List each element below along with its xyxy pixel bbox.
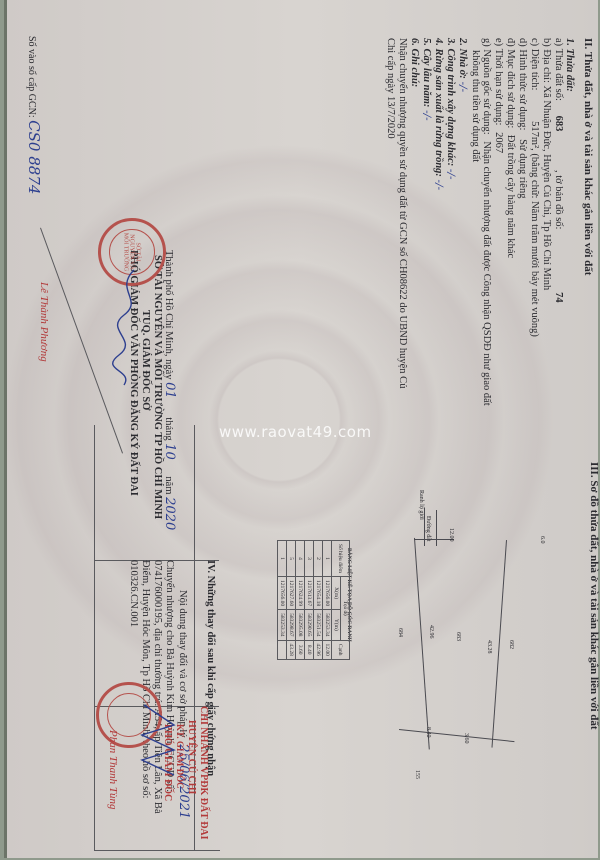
house-value: -/-	[457, 82, 469, 93]
table-cell: 4	[296, 541, 305, 577]
sub-header: Y(m)	[332, 610, 341, 640]
change-entry-line: 010326.CN.001	[128, 560, 139, 627]
form-label: d) Hình thức sử dụng:	[517, 38, 528, 130]
origin-value-cont: không thu tiền sử dụng đất	[469, 50, 482, 162]
certificate-page: II. Thửa đất, nhà ở và tài sản khác gắn …	[4, 0, 598, 858]
table-cell: 1	[278, 541, 287, 577]
table-row: 51217627.60583298.6743.28	[287, 541, 296, 660]
date-prefix: Thành phố Hồ Chí Minh, ngày	[163, 250, 174, 380]
table-cell: 2	[314, 541, 323, 577]
table-row: 21217654.18583251.5442.96	[314, 541, 323, 660]
page-edge	[4, 0, 7, 858]
col-header: Số hiệu điểm	[332, 541, 350, 577]
parcel-row: a) Thửa đất số: 683 , tờ bản đồ số: 74	[552, 38, 565, 303]
parcel-label: a) Thửa đất số:	[553, 38, 564, 101]
address-label: b) Địa chỉ:	[541, 38, 552, 83]
table-cell: 12.00	[323, 640, 332, 659]
table-cell	[278, 640, 287, 659]
house-row: 2. Nhà ở: -/-	[456, 38, 469, 92]
parcel-label: 683	[455, 632, 461, 641]
perennial-row: 5. Cây lâu năm: -/-	[420, 38, 433, 121]
table-cell: 1217624.99	[296, 577, 305, 610]
perennial-label: 5. Cây lâu năm:	[421, 38, 432, 107]
term-label: e) Thời hạn sử dụng:	[493, 38, 504, 125]
table-cell: 8.40	[305, 640, 314, 659]
table-cell: 583251.54	[314, 610, 323, 640]
road-edge	[436, 510, 437, 546]
table-cell: 1217656.00	[278, 577, 287, 610]
section-iii-title: III. Sơ đồ thửa đất, nhà ở và tài sản kh…	[588, 462, 600, 730]
house-label: 2. Nhà ở:	[457, 38, 468, 79]
edge-label: 43.28	[486, 640, 492, 654]
table-cell: 3	[305, 541, 314, 577]
col-header: Tọa độ	[341, 577, 350, 641]
term-value: 2067	[493, 132, 504, 153]
branch-signature	[134, 700, 184, 790]
map-label: , tờ bản đồ số:	[553, 170, 564, 230]
table-cell: 5	[287, 541, 296, 577]
col-header: Cạnh	[332, 640, 350, 659]
forest-row: 4. Rừng sản xuất là rừng trồng: -/-	[432, 38, 445, 190]
signature-scribble	[94, 260, 154, 390]
origin-label: g) Nguồn gốc sử dụng:	[481, 38, 492, 135]
section-ii-title: II. Thửa đất, nhà ở và tài sản khác gắn …	[582, 38, 594, 275]
registry-number-row: Số vào sổ cấp GCN: CS0 8874	[25, 36, 40, 194]
branch-signer-name: Phan Thanh Tùng	[107, 730, 119, 809]
table-cell: 583290.65	[305, 610, 314, 640]
coord-table: Số hiệu điểmTọa độCạnhX(m)Y(m)11217656.0…	[277, 540, 350, 660]
parcel-side-right	[491, 540, 507, 748]
table-cell: 583298.67	[287, 610, 296, 640]
purpose-row: đ) Mục đích sử dụng: Đất trồng cây hàng …	[504, 38, 517, 258]
table-cell: 42.96	[314, 640, 323, 659]
parcel-value: 683	[553, 116, 564, 132]
purpose-value: Đất trồng cây hàng năm khác	[505, 135, 516, 258]
branch-stamp-line: CHI NHÁNH VPĐK ĐẤT ĐAI	[198, 706, 209, 840]
notes-line-1: Nhận chuyển nhượng quyền sử dụng đất từ …	[396, 38, 409, 388]
address-row: b) Địa chỉ: Xã Nhuận Đức, Huyện Củ Chi, …	[540, 38, 553, 290]
parcel-label: 682	[508, 640, 514, 649]
table-cell: 1217654.18	[314, 577, 323, 610]
perennial-value: -/-	[421, 110, 433, 121]
table-cell: 583295.08	[296, 610, 305, 640]
area-label: c) Diện tích:	[529, 38, 540, 90]
form-value: Sử dụng riêng	[517, 139, 528, 198]
change-entry-last: 010326.CN.001	[127, 560, 140, 627]
branch-stamp-line: HUYỆN CỦ CHI	[186, 720, 197, 794]
table-cell: 583253.34	[323, 610, 332, 640]
registry-value: CS0 8874	[25, 120, 43, 194]
registry-label: Số vào sổ cấp GCN:	[26, 36, 37, 118]
edge-label: 12.00	[448, 528, 454, 542]
date-day: 01	[162, 382, 177, 399]
road-label: Đường đất	[425, 516, 431, 542]
table-cell: 1217613.67	[305, 577, 314, 610]
table-cell: 583253.34	[278, 610, 287, 640]
parcel-side-left	[414, 538, 430, 750]
table-cell: 3.60	[296, 640, 305, 659]
other-works-value: -/-	[445, 169, 457, 180]
sub-header: X(m)	[332, 577, 341, 610]
table-row: 41217624.99583295.083.60	[296, 541, 305, 660]
edge-label: 42.96	[428, 625, 434, 639]
table-cell: 1217656.00	[323, 577, 332, 610]
edge-label: 3.60	[463, 733, 469, 744]
form-row: d) Hình thức sử dụng: Sử dụng riêng	[516, 38, 529, 198]
edge-label: 8.40	[425, 727, 431, 738]
table-cell: 1	[323, 541, 332, 577]
other-works-label: 3. Công trình xây dựng khác:	[445, 38, 456, 166]
parcel-label: 155	[414, 770, 420, 779]
area-value: 517m², (bằng chữ: Năm trăm mười bảy mét …	[529, 121, 540, 337]
notes-label: 6. Ghi chú:	[408, 38, 421, 87]
other-works-row: 3. Công trình xây dựng khác: -/-	[444, 38, 457, 180]
purpose-label: đ) Mục đích sử dụng:	[505, 38, 516, 128]
map-value: 74	[553, 292, 564, 303]
boundary-label: Ranh lộ giới	[418, 490, 424, 520]
table-cell: 1217627.60	[287, 577, 296, 610]
parcel-back	[399, 729, 514, 742]
forest-label: 4. Rừng sản xuất là rừng trồng:	[433, 38, 444, 177]
table-row: 11217656.00583253.34	[278, 541, 287, 660]
parcel-label: 684	[397, 628, 403, 637]
origin-value: Nhận chuyển nhượng đất được Công nhận QS…	[481, 141, 492, 405]
term-row: e) Thời hạn sử dụng: 2067	[492, 38, 505, 153]
forest-value: -/-	[433, 180, 445, 191]
notes-line-2: Chi cấp ngày 13/7/2020	[384, 38, 397, 139]
signer-name: Lê Thành Phương	[38, 282, 50, 362]
watermark: www.raovat49.com	[219, 423, 372, 441]
table-row: 11217656.00583253.3412.00	[323, 541, 332, 660]
area-row: c) Diện tích: 517m², (bằng chữ: Năm trăm…	[528, 38, 541, 337]
road-width-label: 6.0	[539, 536, 545, 544]
address-value: Xã Nhuận Đức, Huyện Củ Chi, Tp Hồ Chí Mi…	[541, 86, 552, 291]
table-row: 31217613.67583290.658.40	[305, 541, 314, 660]
table-cell: 43.28	[287, 640, 296, 659]
